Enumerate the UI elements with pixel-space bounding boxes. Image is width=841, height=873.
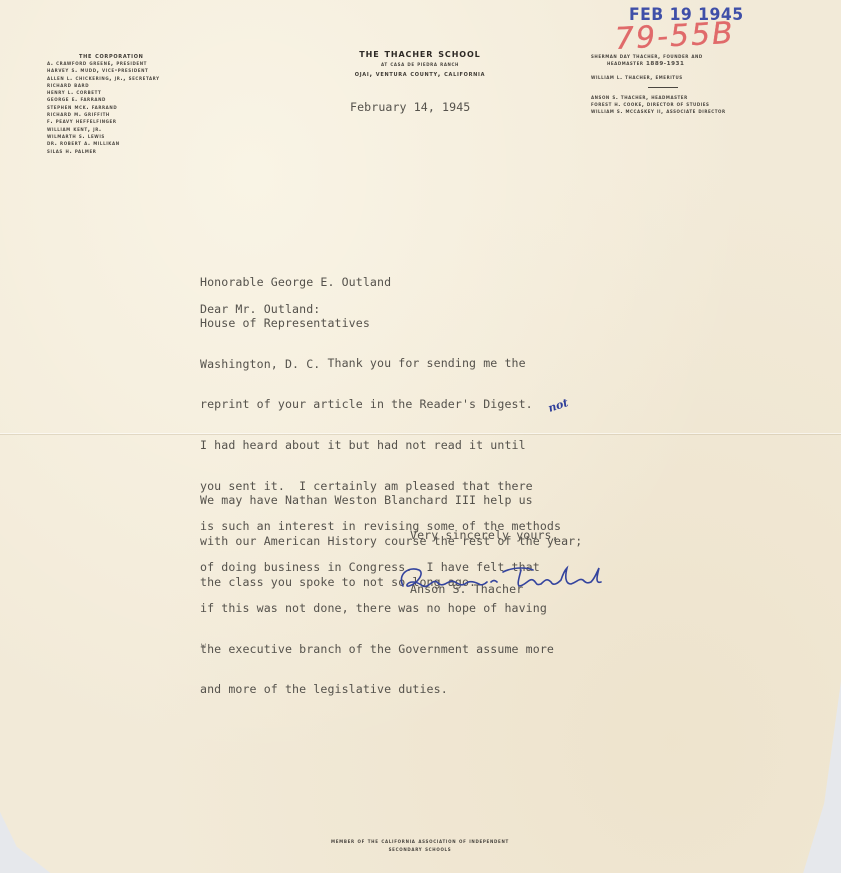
body-line: the executive branch of the Government a… [200,643,561,657]
recipient-line: House of Representatives [200,317,391,331]
letter-date: February 14, 1945 [350,101,470,115]
salutation: Dear Mr. Outland: [200,303,320,317]
corporation-member: A. Crawford Greene, President [47,61,247,68]
school-letterhead: The Thacher School At Casa de Piedra Ran… [290,46,550,78]
corporation-member: Henry L. Corbett [47,90,247,97]
body-line: Thank you for sending me the [200,357,561,371]
corporation-member: Harvey S. Mudd, Vice-President [47,68,247,75]
staff-member: Forest H. Cooke, Director of Studies [591,102,821,109]
body-line: and more of the legislative duties. [200,683,561,697]
corporation-title: The Corporation [79,52,247,60]
corporation-member: Silas H. Palmer [47,149,247,156]
file-number-annotation: 79-55B [614,16,735,57]
staff-member: Anson S. Thacher, Headmaster [591,95,821,102]
divider [648,87,678,88]
body-line: if this was not done, there was no hope … [200,602,561,616]
corporation-member: Wilmarth S. Lewis [47,134,247,141]
school-subtitle: At Casa de Piedra Ranch [290,62,550,68]
corporation-member: George E. Farrand [47,97,247,104]
corporation-member: Allen L. Chickering, Jr., Secretary [47,76,247,83]
staff-member: William S. McCaskey II, Associate Direct… [591,109,821,116]
corporation-member: Dr. Robert A. Millikan [47,141,247,148]
footer-line: Member of The California Association of … [260,838,580,846]
signature [395,560,615,600]
staff-list: Sherman Day Thacher, Founder and Headmas… [591,54,821,117]
corporation-member: F. Peavy Heffelfinger [47,119,247,126]
typist-initials: w [201,641,206,650]
emeritus-line: William L. Thacher, Emeritus [591,75,821,82]
corporation-member: William Kent, Jr. [47,127,247,134]
school-name: The Thacher School [290,46,550,60]
corporation-member: Stephen McK. Farrand [47,105,247,112]
founder-years: Headmaster 1889-1931 [591,61,821,68]
footer-line: Secondary Schools [260,846,580,854]
corporation-member: Richard M. Griffith [47,112,247,119]
letterhead-footer: Member of The California Association of … [260,838,580,854]
body-line: I had heard about it but had not read it… [200,439,561,453]
school-location: Ojai, Ventura County, California [290,70,550,78]
corporation-list: The Corporation A. Crawford Greene, Pres… [47,52,247,156]
body-line: reprint of your article in the Reader's … [200,398,561,412]
body-line: We may have Nathan Weston Blanchard III … [200,494,582,508]
corporation-member: Richard Bard [47,83,247,90]
recipient-line: Honorable George E. Outland [200,276,391,290]
closing: Very sincerely yours, [410,529,559,543]
